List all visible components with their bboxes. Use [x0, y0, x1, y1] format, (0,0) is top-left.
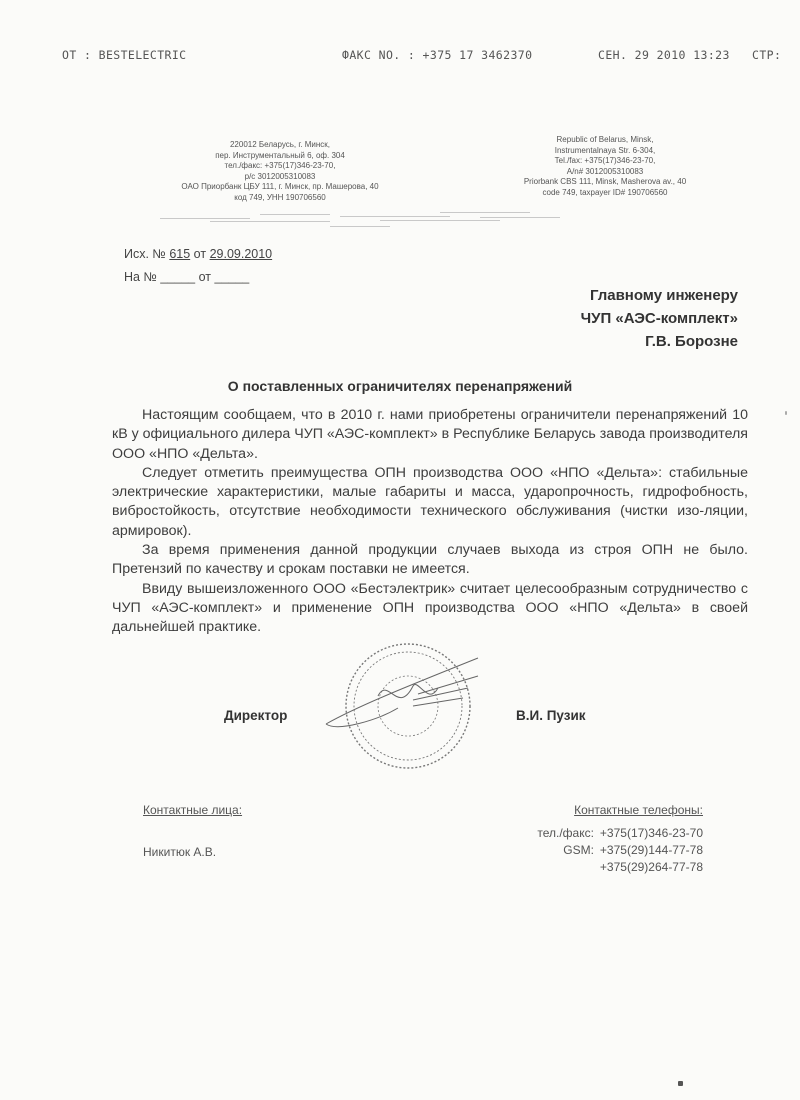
outgoing-reference: Исх. № 615 от 29.09.2010 — [124, 247, 272, 261]
addressee-company: ЧУП «АЭС-комплект» — [438, 307, 738, 330]
seal-stamp-icon — [318, 636, 488, 776]
address-line: р/с 3012005310083 — [130, 172, 430, 183]
address-line: тел./факс: +375(17)346-23-70, — [130, 161, 430, 172]
fax-sender: OT : BESTELECTRIC — [62, 48, 187, 62]
letter-subject: О поставленных ограничителях перенапряже… — [0, 378, 800, 394]
letterhead-address-ru: 220012 Беларусь, г. Минск, пер. Инструме… — [130, 140, 430, 204]
fax-header: OT : BESTELECTRIC ФАКС NO. : +375 17 346… — [0, 48, 800, 66]
phone-row: тел./факс: +375(17)346-23-70 — [537, 825, 703, 842]
body-paragraph: Следует отметить преимущества ОПН произв… — [112, 464, 748, 541]
fax-datetime: СЕН. 29 2010 13:23 — [598, 48, 730, 62]
phone-row: GSM: +375(29)144-77-78 — [537, 842, 703, 859]
address-line: пер. Инструментальный 6, оф. 304 — [130, 151, 430, 162]
incoming-number: _____ — [160, 270, 195, 284]
body-paragraph: За время применения данной продукции слу… — [112, 541, 748, 580]
incoming-date: _____ — [215, 270, 250, 284]
address-line: Tel./fax: +375(17)346-23-70, — [480, 156, 730, 167]
address-line: A/n# 3012005310083 — [480, 167, 730, 178]
outgoing-date: 29.09.2010 — [210, 247, 273, 261]
addressee-block: Главному инженеру ЧУП «АЭС-комплект» Г.В… — [438, 284, 738, 353]
phone-label: GSM: — [563, 842, 594, 859]
contact-phones-list: тел./факс: +375(17)346-23-70 GSM: +375(2… — [537, 825, 703, 876]
signatory-title: Директор — [224, 708, 287, 723]
phone-number: +375(29)264-77-78 — [600, 859, 703, 876]
outgoing-label: Исх. № — [124, 247, 166, 261]
incoming-reference: На № _____ от _____ — [124, 270, 249, 284]
signatory-name: В.И. Пузик — [516, 708, 586, 723]
scan-artifact — [678, 1081, 683, 1086]
letterhead-divider — [130, 212, 600, 234]
contact-persons-heading: Контактные лица: — [143, 803, 242, 817]
phone-row: +375(29)264-77-78 — [537, 859, 703, 876]
addressee-name: Г.В. Борозне — [438, 330, 738, 353]
address-line: code 749, taxpayer ID# 190706560 — [480, 188, 730, 199]
phone-label: тел./факс: — [537, 825, 594, 842]
fax-page: СТР: — [752, 48, 781, 62]
phone-number: +375(29)144-77-78 — [600, 842, 703, 859]
body-paragraph: Ввиду вышеизложенного ООО «Бестэлектрик»… — [112, 580, 748, 638]
address-line: ОАО Приорбанк ЦБУ 111, г. Минск, пр. Маш… — [130, 182, 430, 193]
address-line: Republic of Belarus, Minsk, — [480, 135, 730, 146]
letterhead-address-en: Republic of Belarus, Minsk, Instrumental… — [480, 135, 730, 199]
phone-number: +375(17)346-23-70 — [600, 825, 703, 842]
incoming-label: На № — [124, 270, 157, 284]
contact-phones-heading: Контактные телефоны: — [574, 803, 703, 817]
fax-number: ФАКС NO. : +375 17 3462370 — [342, 48, 532, 62]
address-line: Priorbank CBS 111, Minsk, Masherova av.,… — [480, 177, 730, 188]
outgoing-number: 615 — [169, 247, 190, 261]
addressee-position: Главному инженеру — [438, 284, 738, 307]
letter-body: Настоящим сообщаем, что в 2010 г. нами п… — [112, 406, 748, 638]
address-line: 220012 Беларусь, г. Минск, — [130, 140, 430, 151]
contact-person: Никитюк А.В. — [143, 845, 216, 859]
body-paragraph: Настоящим сообщаем, что в 2010 г. нами п… — [112, 406, 748, 464]
scan-artifact — [785, 411, 787, 415]
address-line: код 749, УНН 190706560 — [130, 193, 430, 204]
incoming-from-label: от — [199, 270, 211, 284]
address-line: Instrumentalnaya Str. 6-304, — [480, 146, 730, 157]
outgoing-from-label: от — [194, 247, 206, 261]
